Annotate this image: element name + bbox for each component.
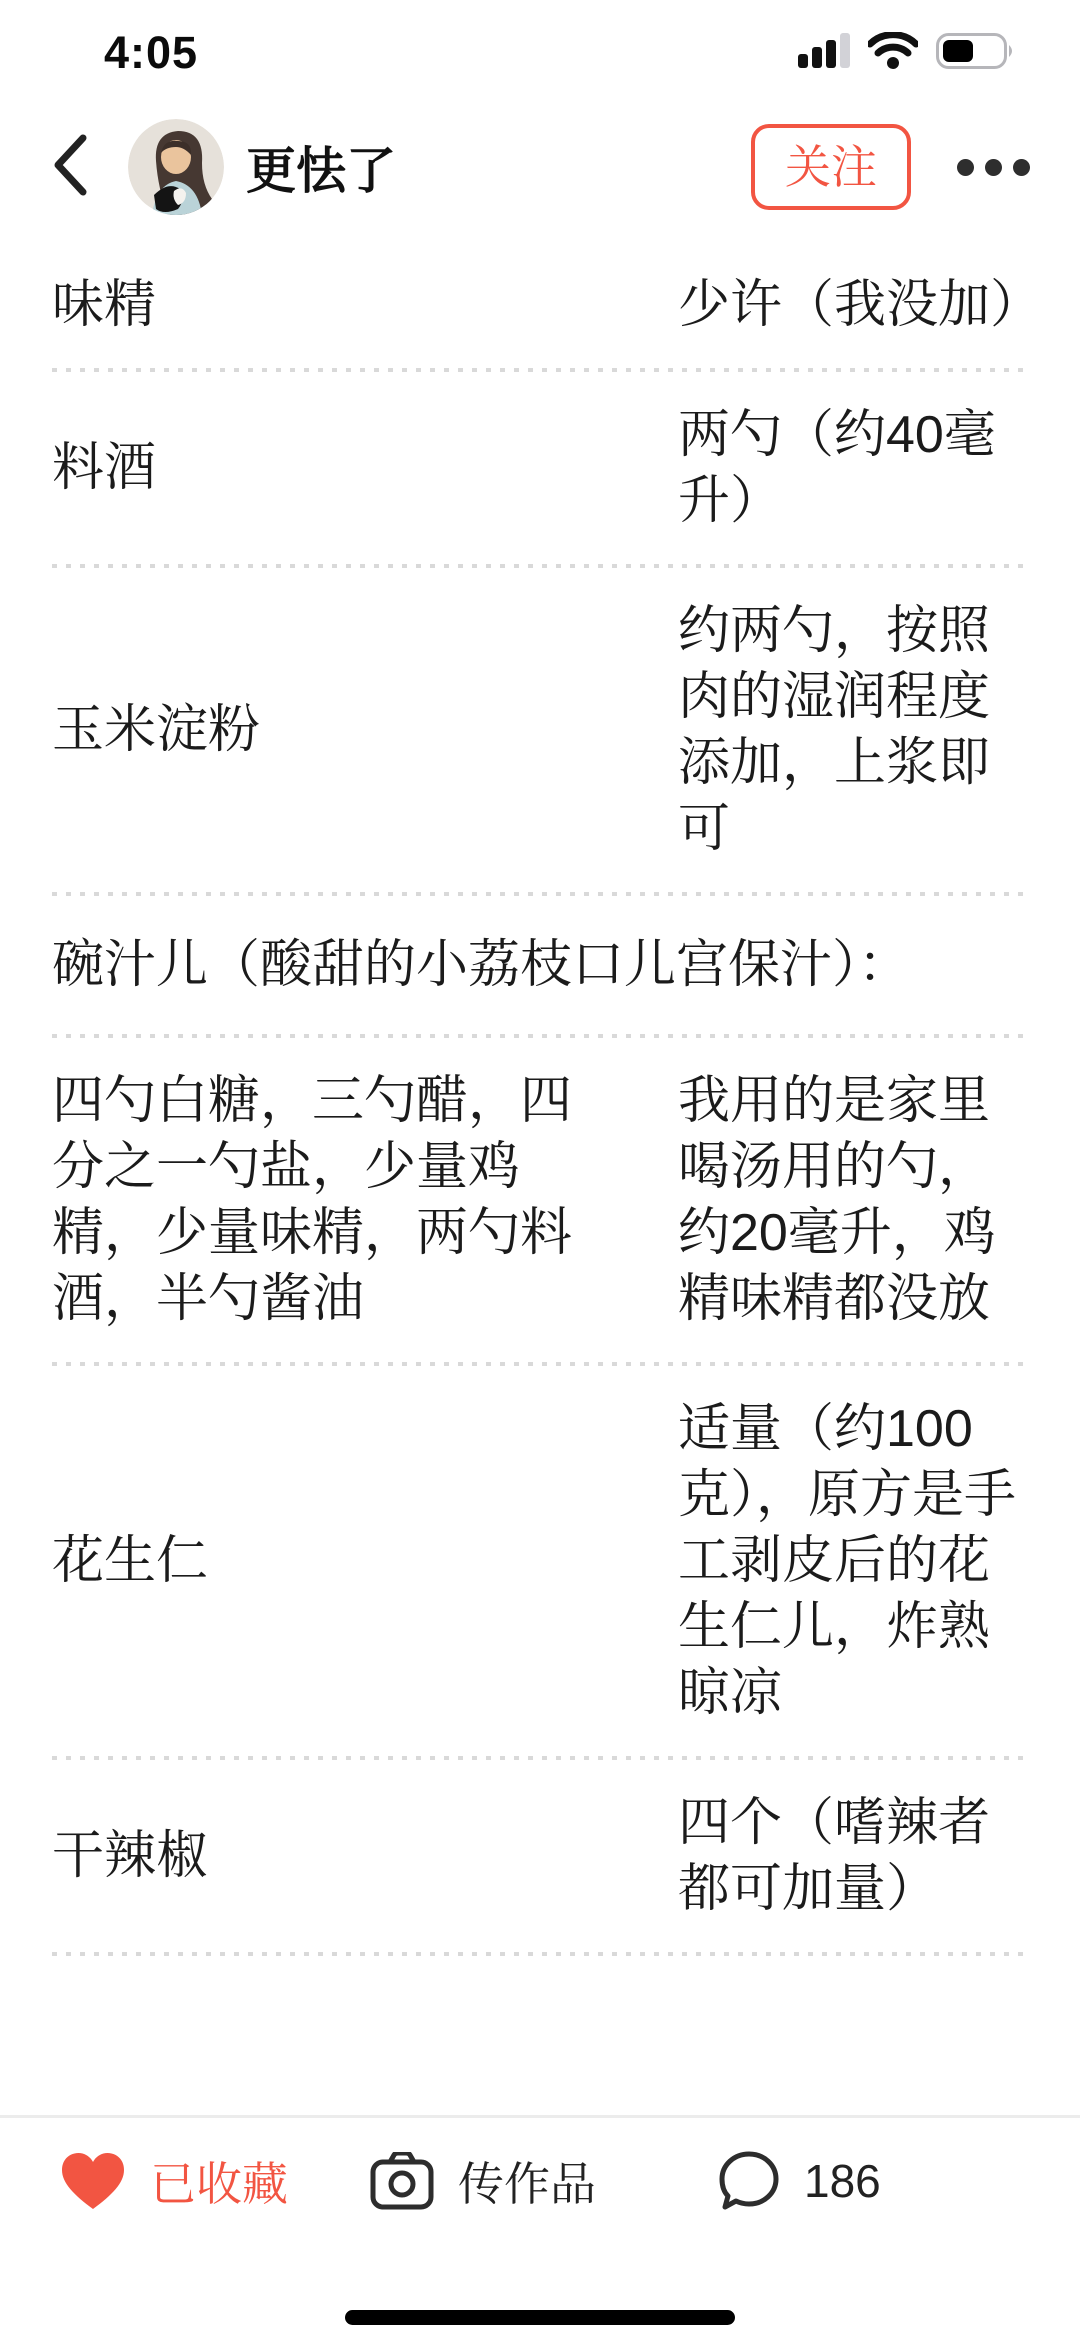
battery-half-icon xyxy=(936,32,1016,75)
ingredient-amount: 两勺（约40毫升） xyxy=(678,402,1028,534)
ingredient-amount: 约两勺，按照肉的湿润程度添加，上浆即可 xyxy=(678,598,1028,862)
follow-button[interactable]: 关注 xyxy=(751,124,911,210)
ingredient-row: 料酒 两勺（约40毫升） xyxy=(52,372,1028,564)
app-screen: 4:05 xyxy=(0,0,1080,2339)
ingredient-name: 味精 xyxy=(52,272,612,338)
home-indicator[interactable] xyxy=(345,2310,735,2325)
ingredient-row: 四勺白糖，三勺醋，四分之一勺盐，少量鸡精，少量味精，两勺料酒，半勺酱油 我用的是… xyxy=(52,1038,1028,1362)
avatar[interactable] xyxy=(128,119,224,215)
upload-button[interactable]: 传作品 xyxy=(370,2148,596,2214)
ingredient-amount: 少许（我没加） xyxy=(678,272,1028,338)
section-header: 碗汁儿（酸甜的小荔枝口儿宫保汁）： xyxy=(52,896,1028,1034)
upload-label: 传作品 xyxy=(458,2148,596,2214)
ingredient-name: 花生仁 xyxy=(52,1528,612,1594)
comment-count: 186 xyxy=(804,2154,881,2208)
status-time: 4:05 xyxy=(104,27,198,79)
ingredient-amount: 我用的是家里喝汤用的勺，约20毫升，鸡精味精都没放 xyxy=(678,1068,1028,1332)
ingredient-amount: 四个（嗜辣者都可加量） xyxy=(678,1790,1028,1922)
ingredient-name: 干辣椒 xyxy=(52,1823,612,1889)
favorite-label: 已收藏 xyxy=(150,2148,288,2214)
back-button[interactable] xyxy=(50,132,110,202)
bottom-action-bar: 已收藏 传作品 186 xyxy=(0,2115,1080,2339)
camera-icon xyxy=(370,2152,434,2210)
cellular-signal-icon xyxy=(798,32,850,75)
comments-button[interactable]: 186 xyxy=(718,2151,881,2211)
favorite-button[interactable]: 已收藏 xyxy=(60,2148,288,2214)
status-icons xyxy=(798,32,1016,75)
ellipsis-icon xyxy=(957,159,1030,176)
ingredient-row: 花生仁 适量（约100克），原方是手工剥皮后的花生仁儿，炸熟晾凉 xyxy=(52,1366,1028,1756)
dotted-divider xyxy=(52,1952,1028,1956)
wifi-icon xyxy=(868,32,918,75)
chevron-left-icon xyxy=(50,132,90,203)
ingredient-row: 味精 少许（我没加） xyxy=(52,242,1028,368)
ingredient-amount: 适量（约100克），原方是手工剥皮后的花生仁儿，炸熟晾凉 xyxy=(678,1396,1028,1726)
heart-icon xyxy=(60,2151,126,2211)
ingredient-table: 味精 少许（我没加） 料酒 两勺（约40毫升） 玉米淀粉 约两勺，按照肉的湿润程… xyxy=(0,242,1080,1956)
bottom-bar-items: 已收藏 传作品 186 xyxy=(0,2118,1080,2214)
ingredient-name: 料酒 xyxy=(52,435,612,501)
ingredient-row: 干辣椒 四个（嗜辣者都可加量） xyxy=(52,1760,1028,1952)
more-button[interactable] xyxy=(957,149,1030,186)
speech-bubble-icon xyxy=(718,2151,780,2211)
ingredient-name: 四勺白糖，三勺醋，四分之一勺盐，少量鸡精，少量味精，两勺料酒，半勺酱油 xyxy=(52,1068,612,1332)
header: 更怯了 关注 xyxy=(0,92,1080,242)
ingredient-row: 玉米淀粉 约两勺，按照肉的湿润程度添加，上浆即可 xyxy=(52,568,1028,892)
username[interactable]: 更怯了 xyxy=(246,131,396,203)
ingredient-name: 玉米淀粉 xyxy=(52,697,612,763)
status-bar: 4:05 xyxy=(0,0,1080,92)
